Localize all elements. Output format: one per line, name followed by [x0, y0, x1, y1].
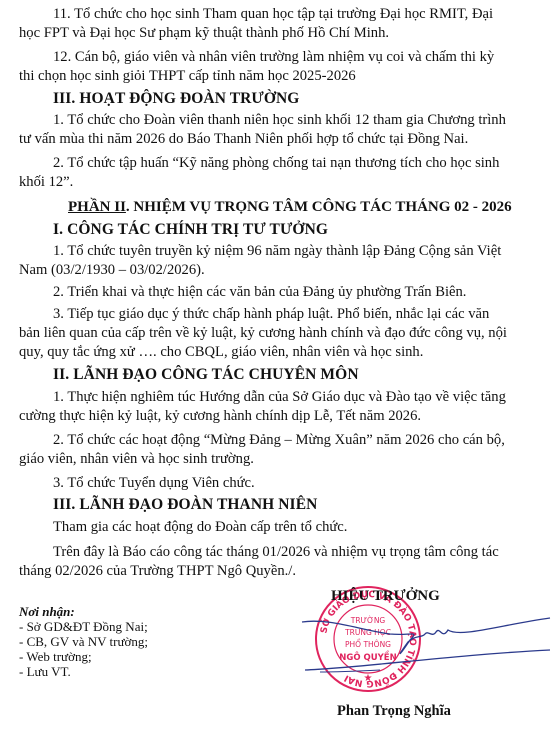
part-2-title: PHẦN II. NHIỆM VỤ TRỌNG TÂM CÔNG TÁC THÁ…: [68, 197, 512, 217]
chinh-tri-item-3-line1: 3. Tiếp tục giáo dục ý thức chấp hành ph…: [19, 305, 551, 324]
heading-chinh-tri: I. CÔNG TÁC CHÍNH TRỊ TƯ TƯỞNG: [53, 220, 328, 240]
recipients-block: Nơi nhận: - Sở GD&ĐT Đồng Nai; - CB, GV …: [19, 604, 148, 679]
chuyen-mon-item-1-line2: cường thực hiện kỷ luật, kỷ cương hành c…: [19, 407, 533, 426]
item-12-line2: thi chọn học sinh giỏi THPT cấp tỉnh năm…: [19, 67, 533, 86]
chuyen-mon-item-1-line1: 1. Thực hiện nghiêm túc Hướng dẫn của Sở…: [19, 388, 551, 407]
signature-name: Phan Trọng Nghĩa: [337, 703, 451, 720]
chinh-tri-item-1-line1: 1. Tổ chức tuyên truyền kỷ niệm 96 năm n…: [19, 242, 551, 261]
recipient-item: - CB, GV và NV trường;: [19, 634, 148, 649]
heading-thanh-nien: III. LÃNH ĐẠO ĐOÀN THANH NIÊN: [53, 495, 317, 515]
closing-line2: tháng 02/2026 của Trường THPT Ngô Quyền.…: [19, 562, 533, 581]
item-12-line1: 12. Cán bộ, giáo viên và nhân viên trườn…: [19, 48, 551, 67]
recipient-item: - Sở GD&ĐT Đồng Nai;: [19, 619, 148, 634]
closing-line1: Trên đây là Báo cáo công tác tháng 01/20…: [19, 543, 551, 562]
part-2-title-text: . NHIỆM VỤ TRỌNG TÂM CÔNG TÁC THÁNG 02 -…: [126, 199, 512, 215]
chuyen-mon-item-2-line1: 2. Tổ chức các hoạt động “Mừng Đảng – Mừ…: [19, 431, 551, 450]
part-2-label: PHẦN II: [68, 199, 126, 215]
document-page: 11. Tổ chức cho học sinh Tham quan học t…: [0, 0, 551, 740]
doan-truong-item-2-line1: 2. Tổ chức tập huấn “Kỹ năng phòng chống…: [19, 154, 551, 173]
item-11-line1: 11. Tổ chức cho học sinh Tham quan học t…: [19, 5, 551, 24]
signature-scribble-icon: [300, 600, 551, 690]
item-11-line2: học FPT và Đại học Sư phạm kỹ thuật thàn…: [19, 24, 533, 43]
thanh-nien-item-1-line1: Tham gia các hoạt động do Đoàn cấp trên …: [19, 518, 551, 537]
chuyen-mon-item-2-line2: giáo viên, nhân viên và học sinh trường.: [19, 450, 533, 469]
chinh-tri-item-3-line2: bản liên quan của cấp trên về kỷ luật, k…: [19, 324, 533, 343]
chuyen-mon-item-3-line1: 3. Tổ chức Tuyển dụng Viên chức.: [19, 474, 551, 493]
recipient-item: - Web trường;: [19, 649, 148, 664]
chinh-tri-item-2-line1: 2. Triển khai và thực hiện các văn bản c…: [19, 283, 551, 302]
heading-doan-truong: III. HOẠT ĐỘNG ĐOÀN TRƯỜNG: [53, 89, 299, 109]
doan-truong-item-1-line1: 1. Tổ chức cho Đoàn viên thanh niên học …: [19, 111, 551, 130]
chinh-tri-item-3-line3: quy, quy tắc ứng xử …. cho CBQL, giáo vi…: [19, 343, 533, 362]
doan-truong-item-1-line2: tư vấn mùa thi năm 2026 do Báo Thanh Niê…: [19, 130, 533, 149]
chinh-tri-item-1-line2: Nam (03/2/1930 – 03/02/2026).: [19, 261, 533, 280]
heading-chuyen-mon: II. LÃNH ĐẠO CÔNG TÁC CHUYÊN MÔN: [53, 365, 359, 385]
recipient-item: - Lưu VT.: [19, 664, 148, 679]
doan-truong-item-2-line2: khối 12”.: [19, 173, 533, 192]
recipients-title: Nơi nhận:: [19, 604, 148, 619]
